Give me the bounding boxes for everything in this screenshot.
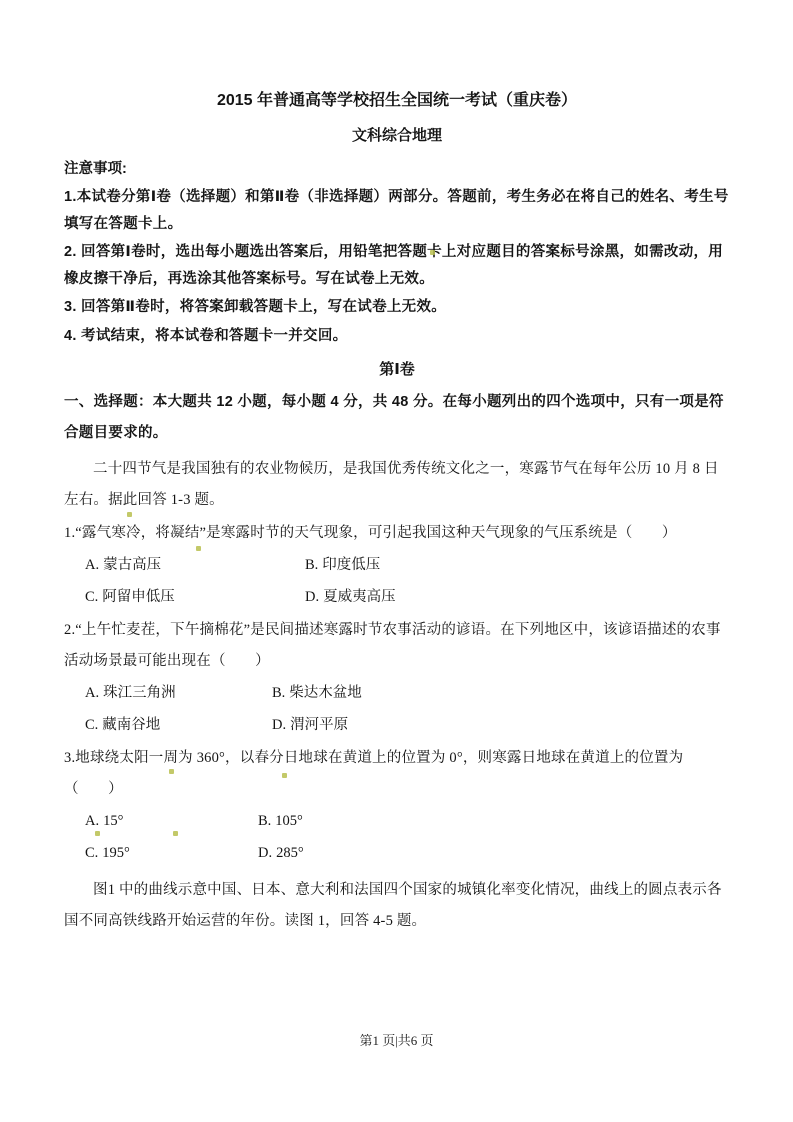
question-3-stem-text: 地球绕太阳一周为 360°，以春分日地球在黄道上的位置为 0°，则寒露日地球在黄… <box>64 750 683 797</box>
question-1-stem-text: “露气寒冷，将凝结”是寒露时节的天气现象，可引起我国这种天气现象的气压系统是（ … <box>75 525 676 541</box>
question-2-stem-text: “上午忙麦茬，下午摘棉花”是民间描述寒露时节农事活动的谚语。在下列地区中，该谚语… <box>64 622 721 669</box>
option-1-b: B.印度低压 <box>305 549 380 581</box>
notice-heading: 注意事项: <box>64 156 730 182</box>
option-1-d: D.夏威夷高压 <box>305 581 396 613</box>
highlight-dot <box>430 250 435 255</box>
option-3-c: C.195° <box>85 837 258 869</box>
highlight-dot <box>173 831 178 836</box>
option-row: C.藏南谷地 D.渭河平原 <box>85 709 730 741</box>
option-1-b-text: 印度低压 <box>322 557 380 573</box>
option-row: A.蒙古高压 B.印度低压 <box>85 549 730 581</box>
option-1-d-label: D. <box>305 589 319 605</box>
option-2-d-label: D. <box>272 717 286 733</box>
option-2-c: C.藏南谷地 <box>85 709 272 741</box>
question-3-options: A.15° B.105° C.195° D.285° <box>64 805 730 869</box>
passage-1: 二十四节气是我国独有的农业物候历，是我国优秀传统文化之一，寒露节气在每年公历 1… <box>64 454 730 516</box>
passage-2: 图1 中的曲线示意中国、日本、意大利和法国四个国家的城镇化率变化情况，曲线上的圆… <box>64 875 730 937</box>
option-2-c-label: C. <box>85 717 98 733</box>
option-2-c-text: 藏南谷地 <box>102 717 160 733</box>
question-2-number: 2. <box>64 622 75 638</box>
option-3-b: B.105° <box>258 805 303 837</box>
option-3-a-text: 15° <box>103 813 123 829</box>
highlight-dot <box>169 769 174 774</box>
option-3-a: A.15° <box>85 805 258 837</box>
option-2-b-text: 柴达木盆地 <box>289 685 362 701</box>
option-3-c-text: 195° <box>102 845 130 861</box>
option-2-d-text: 渭河平原 <box>290 717 348 733</box>
question-1: 1.“露气寒冷，将凝结”是寒露时节的天气现象，可引起我国这种天气现象的气压系统是… <box>64 518 730 613</box>
section-heading: 第Ⅰ卷 <box>64 355 730 385</box>
option-2-a: A.珠江三角洲 <box>85 677 272 709</box>
option-3-c-label: C. <box>85 845 98 861</box>
page-title: 2015 年普通高等学校招生全国统一考试（重庆卷） <box>64 90 730 112</box>
page-number-footer: 第1 页|共6 页 <box>0 1030 793 1049</box>
question-3: 3.地球绕太阳一周为 360°，以春分日地球在黄道上的位置为 0°，则寒露日地球… <box>64 743 730 869</box>
option-row: A.15° B.105° <box>85 805 730 837</box>
question-1-number: 1. <box>64 525 75 541</box>
question-2-options: A.珠江三角洲 B.柴达木盆地 C.藏南谷地 D.渭河平原 <box>64 677 730 741</box>
option-3-b-label: B. <box>258 813 271 829</box>
option-row: A.珠江三角洲 B.柴达木盆地 <box>85 677 730 709</box>
question-3-stem: 3.地球绕太阳一周为 360°，以春分日地球在黄道上的位置为 0°，则寒露日地球… <box>64 743 730 805</box>
question-2: 2.“上午忙麦茬，下午摘棉花”是民间描述寒露时节农事活动的谚语。在下列地区中，该… <box>64 615 730 741</box>
notice-item-4: 4. 考试结束，将本试卷和答题卡一并交回。 <box>64 323 730 350</box>
notice-item-2: 2. 回答第Ⅰ卷时，选出每小题选出答案后，用铅笔把答题卡上对应题目的答案标号涂黑… <box>64 239 730 292</box>
question-3-number: 3. <box>64 750 75 766</box>
page-subtitle: 文科综合地理 <box>64 125 730 146</box>
highlight-dot <box>95 831 100 836</box>
option-1-c-label: C. <box>85 589 98 605</box>
option-1-c-text: 阿留申低压 <box>102 589 175 605</box>
notice-section: 注意事项: 1.本试卷分第Ⅰ卷（选择题）和第Ⅱ卷（非选择题）两部分。答题前，考生… <box>64 156 730 349</box>
highlight-dot <box>127 512 132 517</box>
option-3-b-text: 105° <box>275 813 303 829</box>
question-1-stem: 1.“露气寒冷，将凝结”是寒露时节的天气现象，可引起我国这种天气现象的气压系统是… <box>64 518 730 549</box>
option-row: C.195° D.285° <box>85 837 730 869</box>
option-2-a-text: 珠江三角洲 <box>103 685 176 701</box>
option-1-d-text: 夏威夷高压 <box>323 589 396 605</box>
option-2-d: D.渭河平原 <box>272 709 348 741</box>
notice-item-1: 1.本试卷分第Ⅰ卷（选择题）和第Ⅱ卷（非选择题）两部分。答题前，考生务必在将自己… <box>64 184 730 237</box>
option-2-a-label: A. <box>85 685 99 701</box>
option-2-b: B.柴达木盆地 <box>272 677 362 709</box>
question-1-options: A.蒙古高压 B.印度低压 C.阿留申低压 D.夏威夷高压 <box>64 549 730 613</box>
exam-document-page: 2015 年普通高等学校招生全国统一考试（重庆卷） 文科综合地理 注意事项: 1… <box>0 0 793 1122</box>
question-2-stem: 2.“上午忙麦茬，下午摘棉花”是民间描述寒露时节农事活动的谚语。在下列地区中，该… <box>64 615 730 677</box>
option-1-b-label: B. <box>305 557 318 573</box>
section-instruction: 一、选择题：本大题共 12 小题，每小题 4 分，共 48 分。在每小题列出的四… <box>64 387 730 448</box>
option-1-a: A.蒙古高压 <box>85 549 305 581</box>
option-1-c: C.阿留申低压 <box>85 581 305 613</box>
option-1-a-text: 蒙古高压 <box>103 557 161 573</box>
highlight-dot <box>282 773 287 778</box>
highlight-dot <box>196 546 201 551</box>
option-3-a-label: A. <box>85 813 99 829</box>
option-row: C.阿留申低压 D.夏威夷高压 <box>85 581 730 613</box>
option-1-a-label: A. <box>85 557 99 573</box>
notice-item-3: 3. 回答第Ⅱ卷时，将答案卸载答题卡上，写在试卷上无效。 <box>64 294 730 321</box>
option-2-b-label: B. <box>272 685 285 701</box>
option-3-d-label: D. <box>258 845 272 861</box>
option-3-d-text: 285° <box>276 845 304 861</box>
option-3-d: D.285° <box>258 837 304 869</box>
